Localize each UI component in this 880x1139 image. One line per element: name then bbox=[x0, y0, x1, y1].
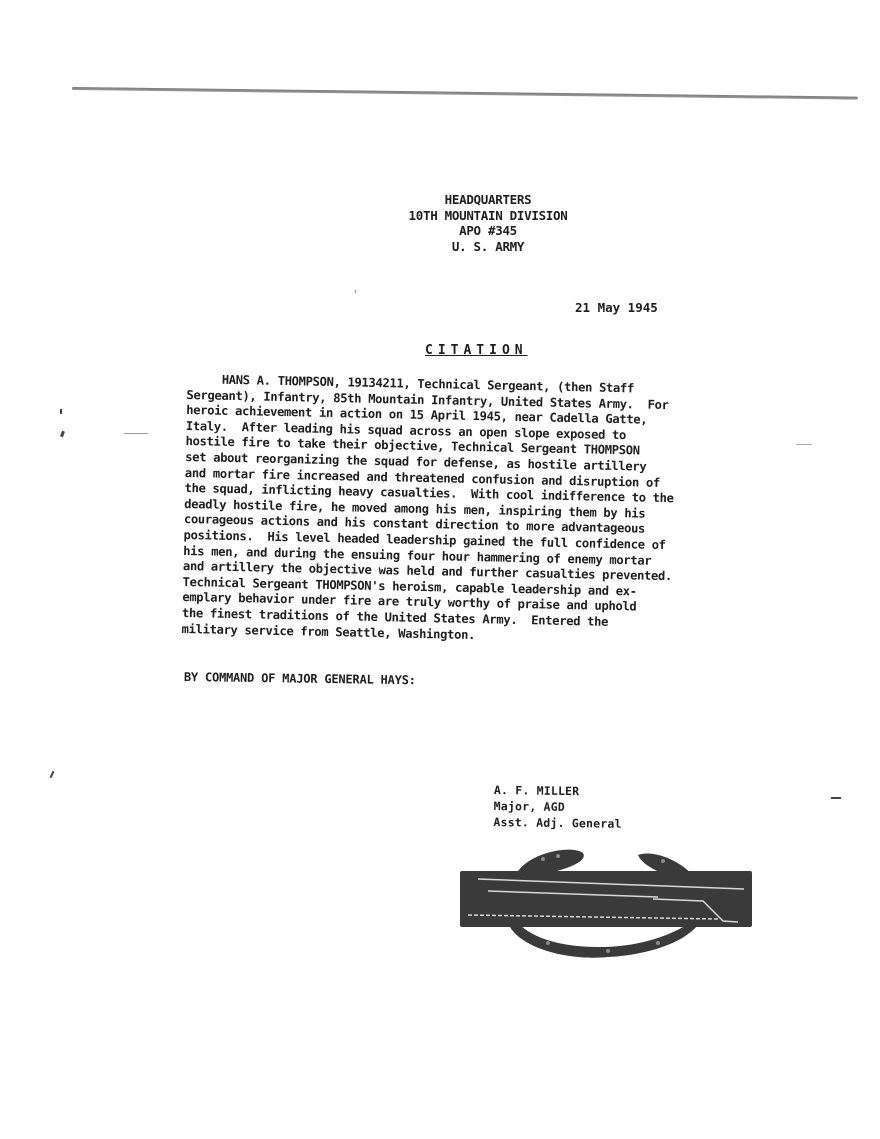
document-title: CITATION bbox=[425, 343, 528, 358]
signature-block: A. F. MILLER Major, AGD Asst. Adj. Gener… bbox=[493, 782, 622, 832]
scan-mark bbox=[124, 433, 148, 434]
scan-mark bbox=[60, 431, 65, 438]
combat-infantryman-badge-icon bbox=[448, 843, 754, 963]
scan-mark bbox=[355, 290, 356, 293]
letterhead-line: APO #345 bbox=[96, 223, 880, 239]
letterhead-line: HEADQUARTERS bbox=[96, 192, 880, 208]
scan-mark bbox=[796, 444, 812, 445]
signature-line: Asst. Adj. General bbox=[493, 814, 621, 832]
scan-mark bbox=[60, 409, 62, 414]
citation-body: HANS A. THOMPSON, 19134211, Technical Se… bbox=[181, 372, 776, 649]
top-rule bbox=[72, 87, 858, 100]
document-date: 21 May 1945 bbox=[575, 300, 658, 315]
scan-mark bbox=[50, 771, 55, 778]
letterhead: HEADQUARTERS 10TH MOUNTAIN DIVISION APO … bbox=[0, 192, 880, 254]
scan-mark bbox=[831, 797, 841, 799]
letterhead-line: U. S. ARMY bbox=[96, 239, 880, 255]
signature-line: Major, AGD bbox=[494, 798, 622, 816]
letterhead-line: 10TH MOUNTAIN DIVISION bbox=[96, 208, 880, 224]
signature-line: A. F. MILLER bbox=[494, 782, 622, 800]
command-line: BY COMMAND OF MAJOR GENERAL HAYS: bbox=[184, 670, 416, 687]
